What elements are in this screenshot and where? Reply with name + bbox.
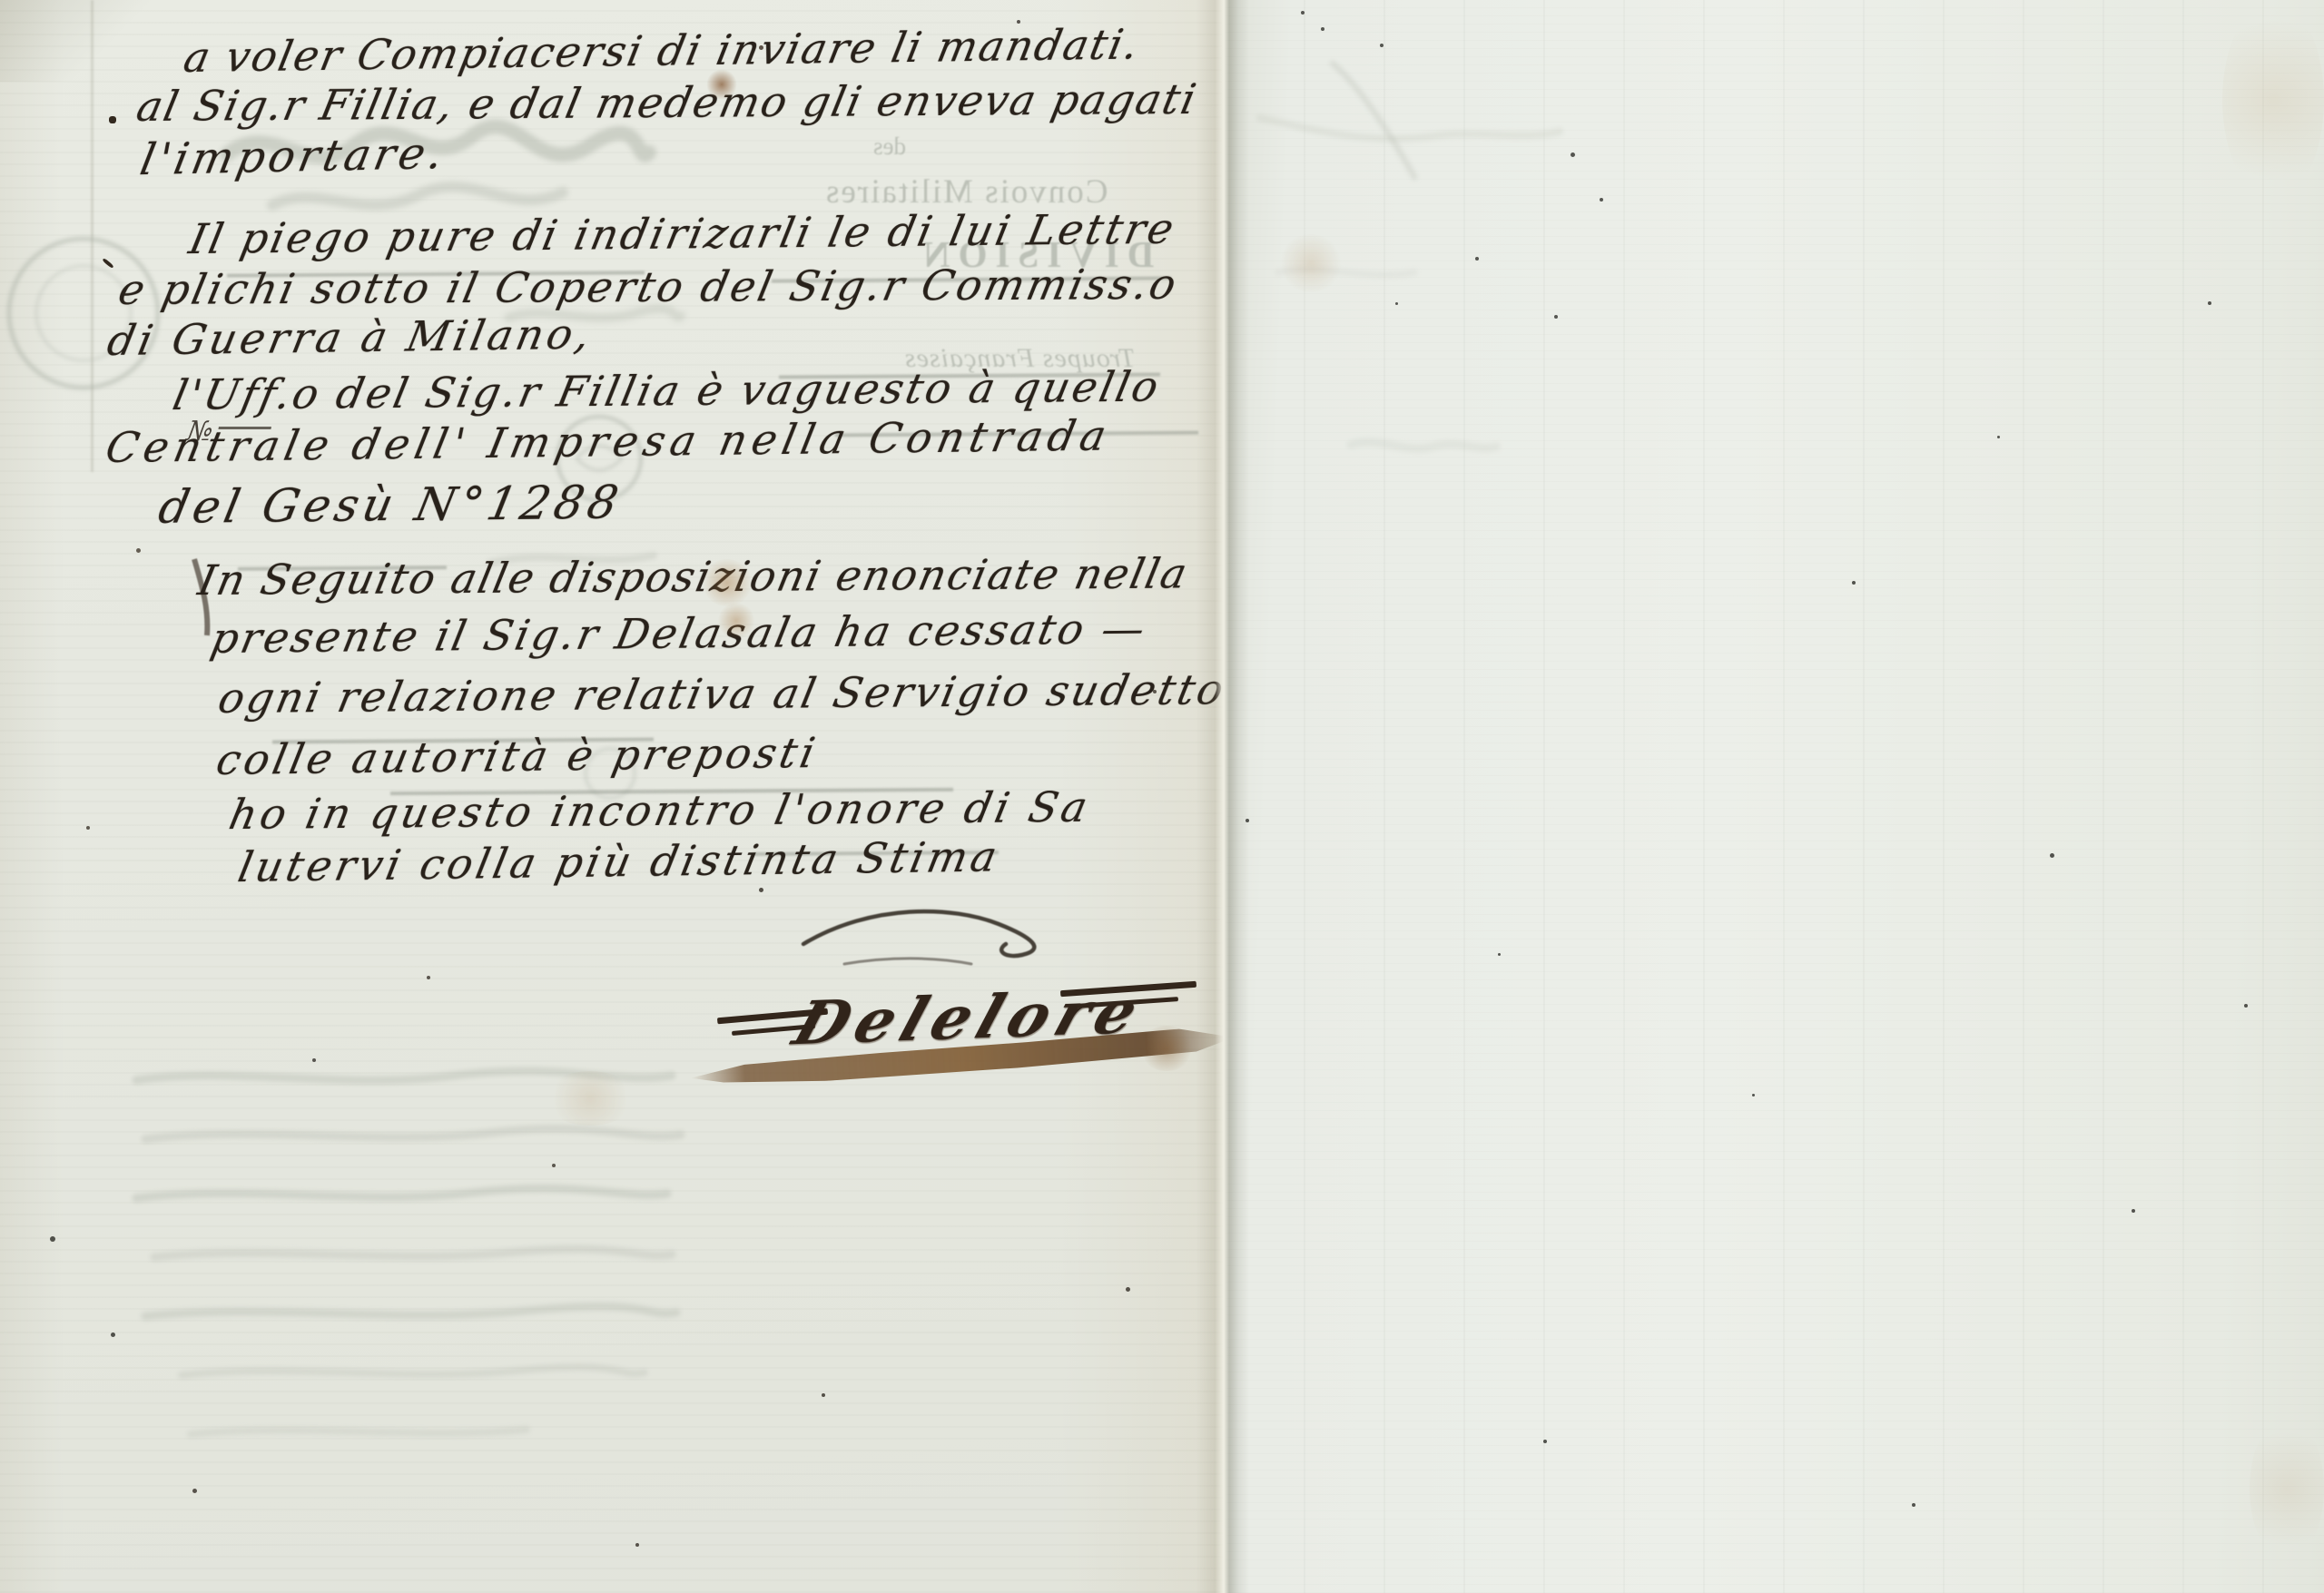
handwritten-line: a voler Compiacersi di inviare li mandat… xyxy=(180,19,1144,82)
ink-speck xyxy=(552,1164,556,1167)
handwritten-line: In Seguito alle disposizioni enonciate n… xyxy=(194,548,1193,605)
ink-speck xyxy=(1852,581,1856,585)
ink-speck xyxy=(86,826,90,830)
ink-speck xyxy=(1017,20,1020,24)
ink-speck xyxy=(1153,690,1157,693)
ink-speck xyxy=(1997,436,2000,438)
ink-speck xyxy=(192,1489,197,1493)
ink-speck xyxy=(1498,953,1501,956)
margin-dot xyxy=(109,116,116,123)
foxing-spot xyxy=(545,1071,635,1126)
ink-speck xyxy=(2208,301,2211,305)
ink-speck xyxy=(1380,44,1384,47)
ink-speck xyxy=(1246,819,1249,822)
ink-speck xyxy=(1571,152,1575,157)
right-page-ghosts xyxy=(1224,0,2324,1593)
foxing-spot xyxy=(2222,0,2324,200)
ink-speck xyxy=(1543,1440,1547,1443)
page-corner-shadow xyxy=(0,0,154,82)
ink-speck xyxy=(427,976,430,979)
ink-speck xyxy=(635,1543,639,1547)
ink-speck xyxy=(1752,1094,1755,1096)
handwritten-line: l'Uff.o del Sig.r Fillia è vaguesto à qu… xyxy=(169,362,1166,419)
handwritten-line: al Sig.r Fillia, e dal medemo gli enveva… xyxy=(133,74,1202,131)
handwritten-line: Il piego pure di indirizarli le di lui L… xyxy=(185,204,1180,263)
handwritten-line: Centrale dell' Impresa nella Contrada xyxy=(102,411,1116,472)
ink-speck xyxy=(1395,302,1398,305)
handwritten-line: ogni relazione relativa al Servigio sude… xyxy=(214,664,1230,723)
handwritten-line: ho in questo incontro l'onore di Sa xyxy=(225,782,1095,839)
manuscript-scan: des Convois Militaires DIVISION Troupes … xyxy=(0,0,2324,1593)
ink-speck xyxy=(1321,27,1324,31)
ink-speck xyxy=(1600,198,1603,202)
ink-speck xyxy=(1554,315,1558,319)
foxing-spot xyxy=(2250,1416,2324,1561)
handwritten-line: e plichi sotto il Coperto del Sig.r Comm… xyxy=(114,260,1183,314)
ink-speck xyxy=(822,1393,825,1397)
margin-tick xyxy=(102,258,113,269)
handwritten-line: l'importare. xyxy=(136,128,451,185)
left-page: des Convois Militaires DIVISION Troupes … xyxy=(0,0,1224,1593)
ink-speck xyxy=(1301,11,1305,15)
bleedthrough-des: des xyxy=(873,133,906,161)
handwritten-line: colle autorità è preposti xyxy=(212,728,822,784)
ink-speck xyxy=(136,548,141,553)
ink-speck xyxy=(759,45,763,50)
ink-speck xyxy=(2244,1004,2248,1008)
ink-speck xyxy=(2050,853,2054,858)
ink-speck xyxy=(759,888,763,892)
right-page xyxy=(1224,0,2324,1593)
ink-speck xyxy=(1475,257,1479,261)
ink-speck xyxy=(50,1236,55,1242)
handwritten-line: lutervi colla più distinta Stima xyxy=(234,831,1005,891)
ink-speck xyxy=(1126,1287,1130,1292)
fold-crease xyxy=(91,0,94,472)
ink-speck xyxy=(1912,1503,1915,1507)
handwritten-line: presente il Sig.r Delasala ha cessato — xyxy=(207,604,1152,663)
handwritten-line: di Guerra à Milano, xyxy=(103,310,598,365)
handwritten-line: del Gesù N°1288 xyxy=(154,477,627,534)
ink-speck xyxy=(2132,1209,2135,1213)
foxing-spot xyxy=(1278,234,1344,292)
ink-speck xyxy=(111,1332,115,1337)
ink-speck xyxy=(312,1058,316,1062)
